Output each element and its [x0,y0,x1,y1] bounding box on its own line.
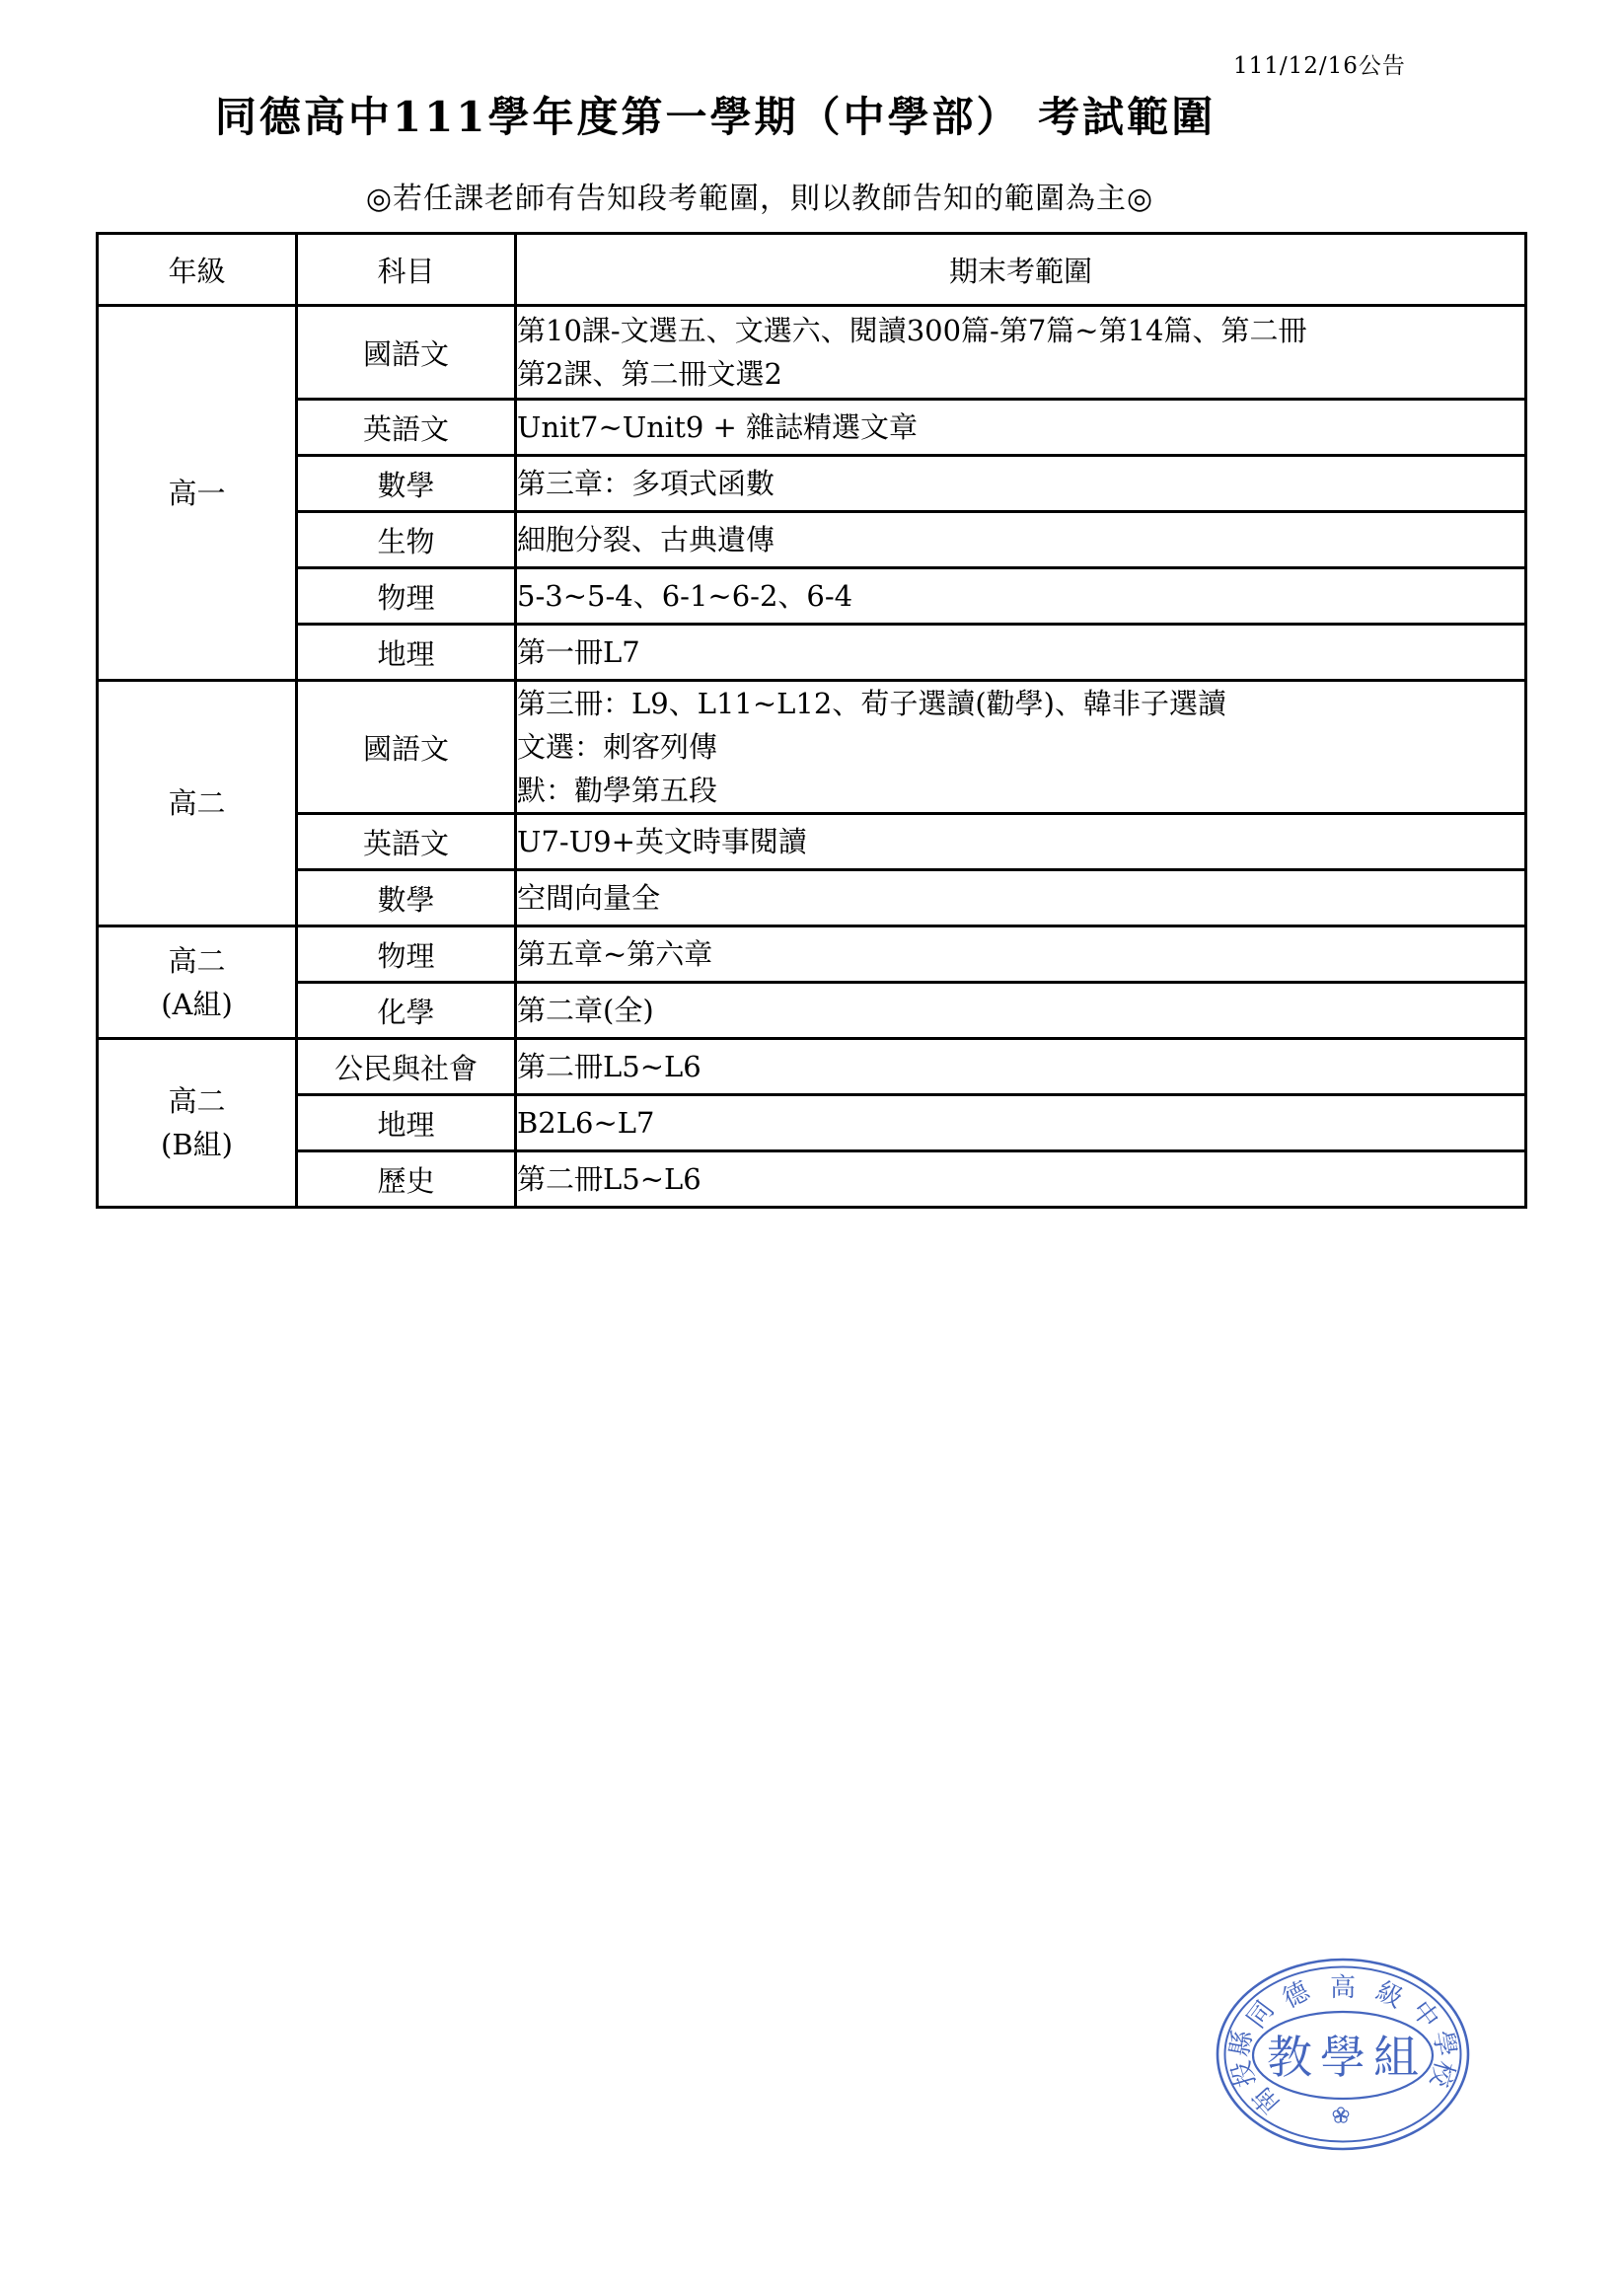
scope-cell: 第二章(全) [516,983,1526,1039]
subject-cell: 英語文 [297,814,516,870]
subject-cell: 生物 [297,512,516,568]
scope-cell: 第二冊L5~L6 [516,1039,1526,1095]
plum-blossom-icon [1333,2108,1349,2122]
table-row: 化學 第二章(全) [98,983,1526,1039]
subject-cell: 數學 [297,456,516,512]
subject-cell: 英語文 [297,400,516,456]
stamp-ring-char: 縣 [1225,2028,1259,2059]
table-row: 高二 (B組) 公民與社會 第二冊L5~L6 [98,1039,1526,1095]
school-stamp: 南 投 縣 同 德 高 級 中 學 校 教學組 [1214,1956,1474,2153]
scope-cell: 空間向量全 [516,870,1526,926]
table-row: 歷史 第二冊L5~L6 [98,1151,1526,1208]
scope-cell: 5-3~5-4、6-1~6-2、6-4 [516,568,1526,625]
table-row: 高一 國語文 第10課-文選五、文選六、閱讀300篇-第7篇~第14篇、第二冊 … [98,306,1526,400]
grade-cell: 高二 (B組) [98,1039,297,1208]
table-row: 英語文 Unit7~Unit9 + 雜誌精選文章 [98,400,1526,456]
scope-cell: 第二冊L5~L6 [516,1151,1526,1208]
scope-cell: Unit7~Unit9 + 雜誌精選文章 [516,400,1526,456]
page-subtitle: ◎若任課老師有告知段考範圍，則以教師告知的範圍為主◎ [0,174,1519,217]
stamp-ring-char: 同 [1241,1996,1281,2035]
stamp-ring-char: 投 [1226,2057,1262,2090]
header-grade: 年級 [98,234,297,306]
page-title: 同德高中111學年度第一學期（中學部） 考試範圍 [0,85,1431,144]
table-row: 數學 第三章：多項式函數 [98,456,1526,512]
stamp-ring-char: 級 [1371,1976,1408,2015]
scope-cell: 第三章：多項式函數 [516,456,1526,512]
grade-cell: 高二 (A組) [98,926,297,1039]
stamp-center-text: 教學組 [1267,2031,1427,2084]
exam-scope-table: 年級 科目 期末考範圍 高一 國語文 第10課-文選五、文選六、閱讀300篇-第… [96,232,1527,1209]
stamp-ring-char: 學 [1427,2029,1460,2059]
scope-cell: 第三冊：L9、L11~L12、荀子選讀(勸學)、韓非子選讀 文選：刺客列傳 默：… [516,681,1526,814]
subject-cell: 物理 [297,926,516,983]
table-header-row: 年級 科目 期末考範圍 [98,234,1526,306]
table-row: 數學 空間向量全 [98,870,1526,926]
subject-cell: 國語文 [297,681,516,814]
stamp-ring-char: 德 [1278,1976,1315,2015]
scope-cell: 第10課-文選五、文選六、閱讀300篇-第7篇~第14篇、第二冊 第2課、第二冊… [516,306,1526,400]
stamp-ring-char: 中 [1405,1996,1444,2035]
grade-cell: 高二 [98,681,297,926]
header-subject: 科目 [297,234,516,306]
stamp-ring-char: 校 [1424,2057,1459,2091]
stamp-ring-char: 高 [1330,1973,1356,2003]
subject-cell: 數學 [297,870,516,926]
subject-cell: 地理 [297,1095,516,1151]
grade-cell: 高一 [98,306,297,681]
scope-cell: 第一冊L7 [516,625,1526,681]
scope-cell: B2L6~L7 [516,1095,1526,1151]
stamp-graphic: 南 投 縣 同 德 高 級 中 學 校 教學組 [1214,1956,1474,2153]
scope-cell: 第五章~第六章 [516,926,1526,983]
announce-date: 111/12/16公告 [1233,47,1406,80]
scope-cell: U7-U9+英文時事閱讀 [516,814,1526,870]
table-row: 地理 B2L6~L7 [98,1095,1526,1151]
subject-cell: 國語文 [297,306,516,400]
subject-cell: 地理 [297,625,516,681]
subject-cell: 公民與社會 [297,1039,516,1095]
subject-cell: 歷史 [297,1151,516,1208]
table-row: 生物 細胞分裂、古典遺傳 [98,512,1526,568]
table-row: 物理 5-3~5-4、6-1~6-2、6-4 [98,568,1526,625]
subject-cell: 化學 [297,983,516,1039]
scope-cell: 細胞分裂、古典遺傳 [516,512,1526,568]
table-row: 高二 國語文 第三冊：L9、L11~L12、荀子選讀(勸學)、韓非子選讀 文選：… [98,681,1526,814]
subject-cell: 物理 [297,568,516,625]
table-row: 地理 第一冊L7 [98,625,1526,681]
table-row: 英語文 U7-U9+英文時事閱讀 [98,814,1526,870]
header-scope: 期末考範圍 [516,234,1526,306]
table-row: 高二 (A組) 物理 第五章~第六章 [98,926,1526,983]
document-page: 111/12/16公告 同德高中111學年度第一學期（中學部） 考試範圍 ◎若任… [0,0,1624,2296]
